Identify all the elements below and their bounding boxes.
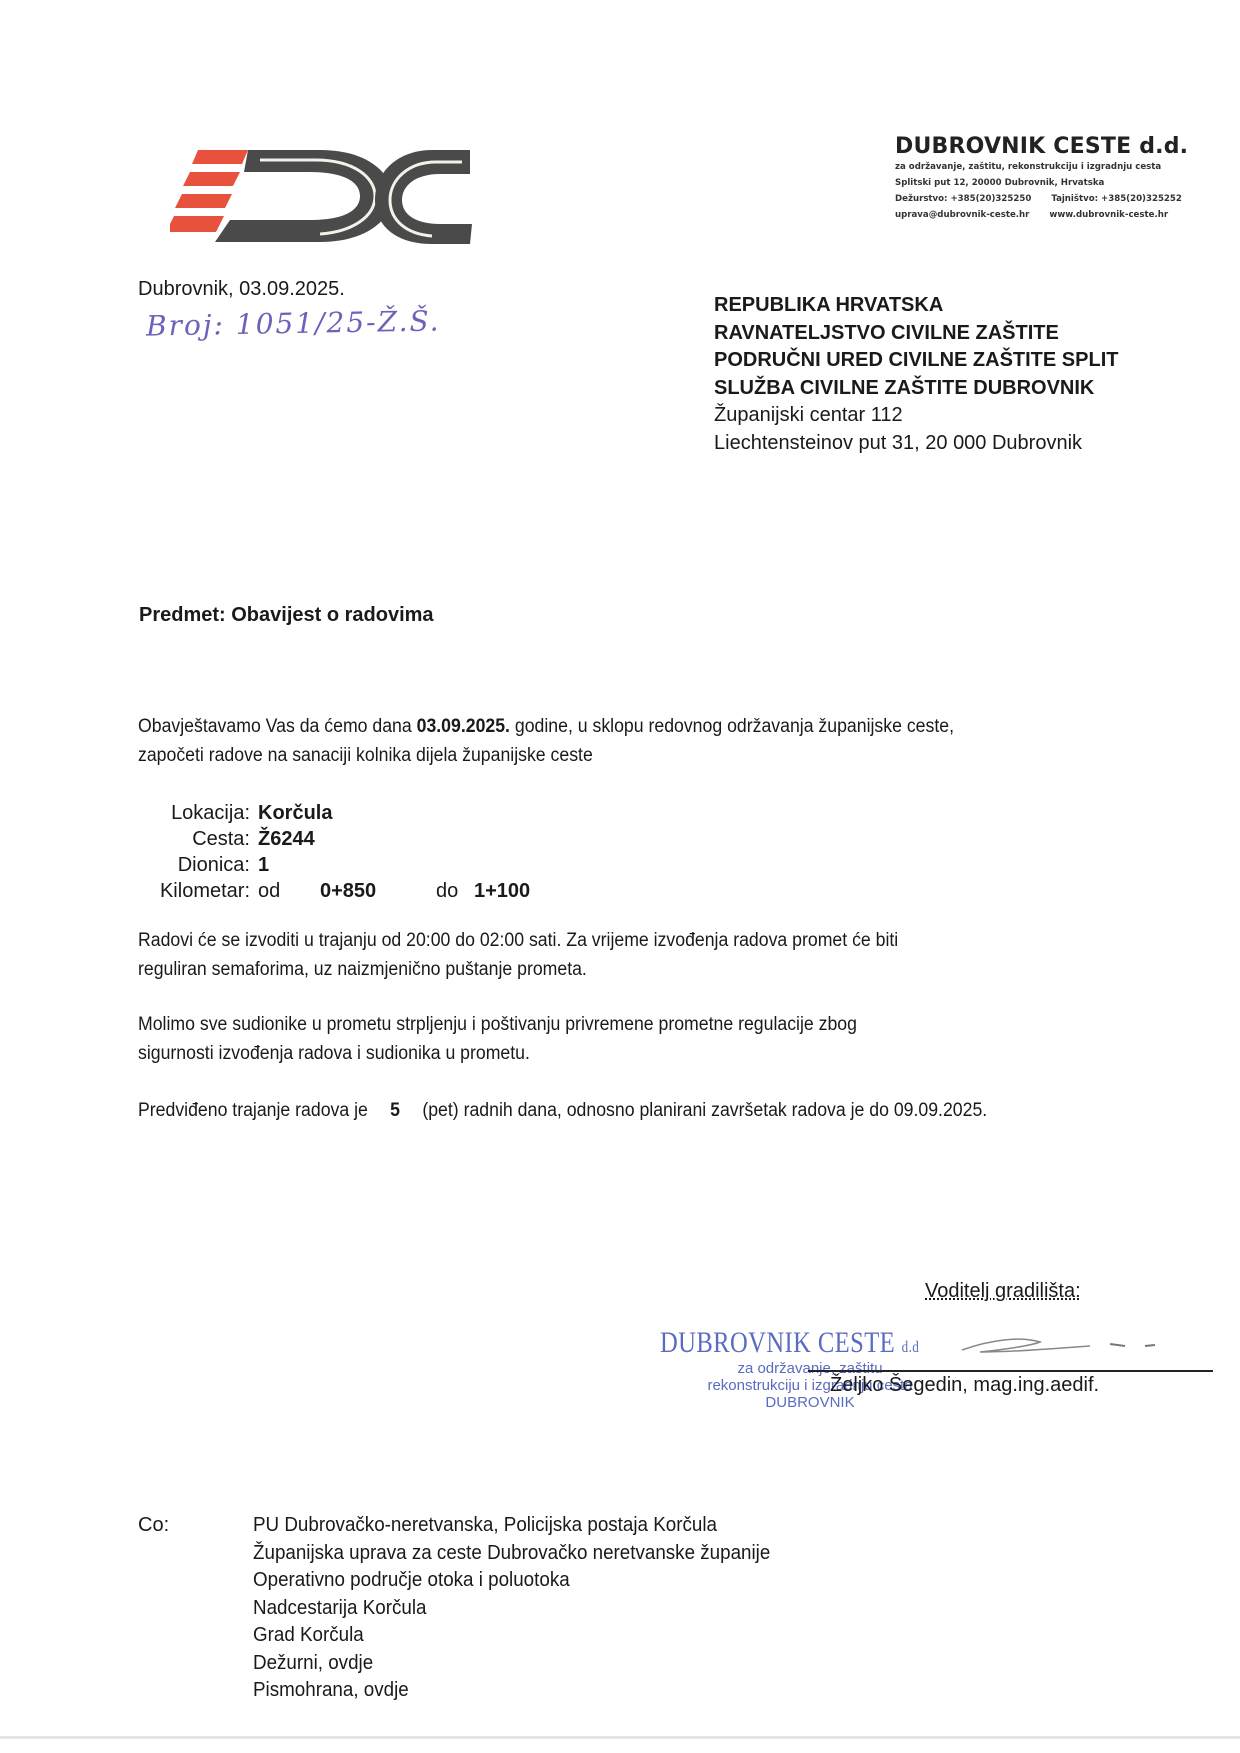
company-contacts: uprava@dubrovnik-ceste.hr www.dubrovnik-… bbox=[895, 207, 1215, 223]
km-from-value: 0+850 bbox=[320, 878, 436, 904]
request-paragraph: Molimo sve sudionike u prometu strpljenj… bbox=[138, 1010, 1105, 1068]
signer-name: Željko Šegedin, mag.ing.aedif. bbox=[830, 1374, 1099, 1397]
cc-item: Nadcestarija Korčula bbox=[253, 1595, 770, 1623]
company-letterhead: DUBROVNIK CESTE d.d. za održavanje, zašt… bbox=[895, 134, 1215, 223]
phone-office: Tajništvo: +385(20)325252 bbox=[1051, 194, 1182, 204]
hours-line-1: Radovi će se izvoditi u trajanju od 20:0… bbox=[138, 926, 1105, 955]
detail-row-section: Dionica: 1 bbox=[140, 852, 530, 878]
detail-row-road: Cesta: Ž6244 bbox=[140, 826, 530, 852]
cc-label: Co: bbox=[138, 1514, 169, 1537]
intro-line-1: Obavještavamo Vas da ćemo dana 03.09.202… bbox=[138, 712, 1105, 741]
company-tagline: za održavanje, zaštitu, rekonstrukciju i… bbox=[895, 159, 1215, 175]
intro-line-2: započeti radove na sanaciji kolnika dije… bbox=[138, 741, 1105, 770]
duration-text: Predviđeno trajanje radova je bbox=[138, 1100, 368, 1121]
km-from-label: od bbox=[258, 878, 320, 904]
signature-title: Voditelj gradilišta: bbox=[925, 1280, 1081, 1303]
company-name: DUBROVNIK CESTE d.d. bbox=[895, 134, 1215, 159]
duration-days: 5 bbox=[373, 1100, 418, 1122]
company-phones: Dežurstvo: +385(20)325250 Tajništvo: +38… bbox=[895, 191, 1215, 207]
recipient-address: REPUBLIKA HRVATSKA RAVNATELJSTVO CIVILNE… bbox=[714, 292, 1118, 457]
intro-text: godine, u sklopu redovnog održavanja žup… bbox=[510, 716, 954, 737]
company-stamp: DUBROVNIK CESTE d.d za održavanje, zašti… bbox=[660, 1326, 960, 1411]
road-label: Cesta: bbox=[140, 826, 258, 852]
detail-row-location: Lokacija: Korčula bbox=[140, 800, 530, 826]
request-line-2: sigurnosti izvođenja radova i sudionika … bbox=[138, 1039, 1105, 1068]
km-to-value: 1+100 bbox=[474, 878, 530, 904]
hours-line-2: reguliran semaforima, uz naizmjenično pu… bbox=[138, 955, 1105, 984]
request-line-1: Molimo sve sudionike u prometu strpljenj… bbox=[138, 1010, 1105, 1039]
page-bottom-edge bbox=[0, 1736, 1240, 1739]
company-address: Splitski put 12, 20000 Dubrovnik, Hrvats… bbox=[895, 175, 1215, 191]
cc-item: PU Dubrovačko-neretvanska, Policijska po… bbox=[253, 1512, 770, 1540]
cc-item: Pismohrana, ovdje bbox=[253, 1677, 770, 1705]
company-email[interactable]: uprava@dubrovnik-ceste.hr bbox=[895, 210, 1029, 220]
signature-line bbox=[808, 1370, 1213, 1372]
reference-number-handwritten: Broj: 1051/25-Ž.Š. bbox=[146, 304, 441, 342]
intro-paragraph: Obavještavamo Vas da ćemo dana 03.09.202… bbox=[138, 712, 1105, 770]
section-label: Dionica: bbox=[140, 852, 258, 878]
cc-item: Grad Korčula bbox=[253, 1622, 770, 1650]
date-line: Dubrovnik, 03.09.2025. bbox=[138, 278, 345, 301]
duration-text: (pet) radnih dana, odnosno planirani zav… bbox=[422, 1100, 987, 1121]
location-value: Korčula bbox=[258, 800, 332, 826]
work-start-date: 03.09.2025. bbox=[417, 716, 510, 737]
km-label: Kilometar: bbox=[140, 878, 258, 904]
cc-list: PU Dubrovačko-neretvanska, Policijska po… bbox=[253, 1512, 770, 1705]
hours-paragraph: Radovi će se izvoditi u trajanju od 20:0… bbox=[138, 926, 1105, 984]
work-details: Lokacija: Korčula Cesta: Ž6244 Dionica: … bbox=[140, 800, 530, 904]
phone-duty: Dežurstvo: +385(20)325250 bbox=[895, 194, 1031, 204]
section-value: 1 bbox=[258, 852, 269, 878]
km-to-label: do bbox=[436, 878, 474, 904]
cc-item: Županijska uprava za ceste Dubrovačko ne… bbox=[253, 1540, 770, 1568]
subject-line: Predmet: Obavijest o radovima bbox=[139, 604, 434, 627]
cc-item: Dežurni, ovdje bbox=[253, 1650, 770, 1678]
recipient-line: SLUŽBA CIVILNE ZAŠTITE DUBROVNIK bbox=[714, 375, 1118, 403]
recipient-line: Županijski centar 112 bbox=[714, 402, 1118, 430]
recipient-line: REPUBLIKA HRVATSKA bbox=[714, 292, 1118, 320]
recipient-line: Liechtensteinov put 31, 20 000 Dubrovnik bbox=[714, 430, 1118, 458]
road-value: Ž6244 bbox=[258, 826, 315, 852]
intro-text: Obavještavamo Vas da ćemo dana bbox=[138, 716, 417, 737]
stamp-company-name: DUBROVNIK CESTE d.d bbox=[660, 1326, 906, 1360]
duration-line: Predviđeno trajanje radova je 5 (pet) ra… bbox=[138, 1100, 987, 1122]
handwritten-signature-icon bbox=[960, 1330, 1160, 1360]
location-label: Lokacija: bbox=[140, 800, 258, 826]
recipient-line: PODRUČNI URED CIVILNE ZAŠTITE SPLIT bbox=[714, 347, 1118, 375]
site-manager-label: Voditelj gradilišta: bbox=[925, 1280, 1081, 1302]
stamp-name-text: DUBROVNIK CESTE bbox=[660, 1326, 895, 1359]
company-website[interactable]: www.dubrovnik-ceste.hr bbox=[1049, 210, 1168, 220]
detail-row-km: Kilometar: od 0+850 do 1+100 bbox=[140, 878, 530, 904]
stamp-suffix: d.d bbox=[902, 1339, 920, 1356]
recipient-line: RAVNATELJSTVO CIVILNE ZAŠTITE bbox=[714, 320, 1118, 348]
cc-item: Operativno područje otoka i poluotoka bbox=[253, 1567, 770, 1595]
dc-road-logo-icon bbox=[170, 150, 480, 250]
